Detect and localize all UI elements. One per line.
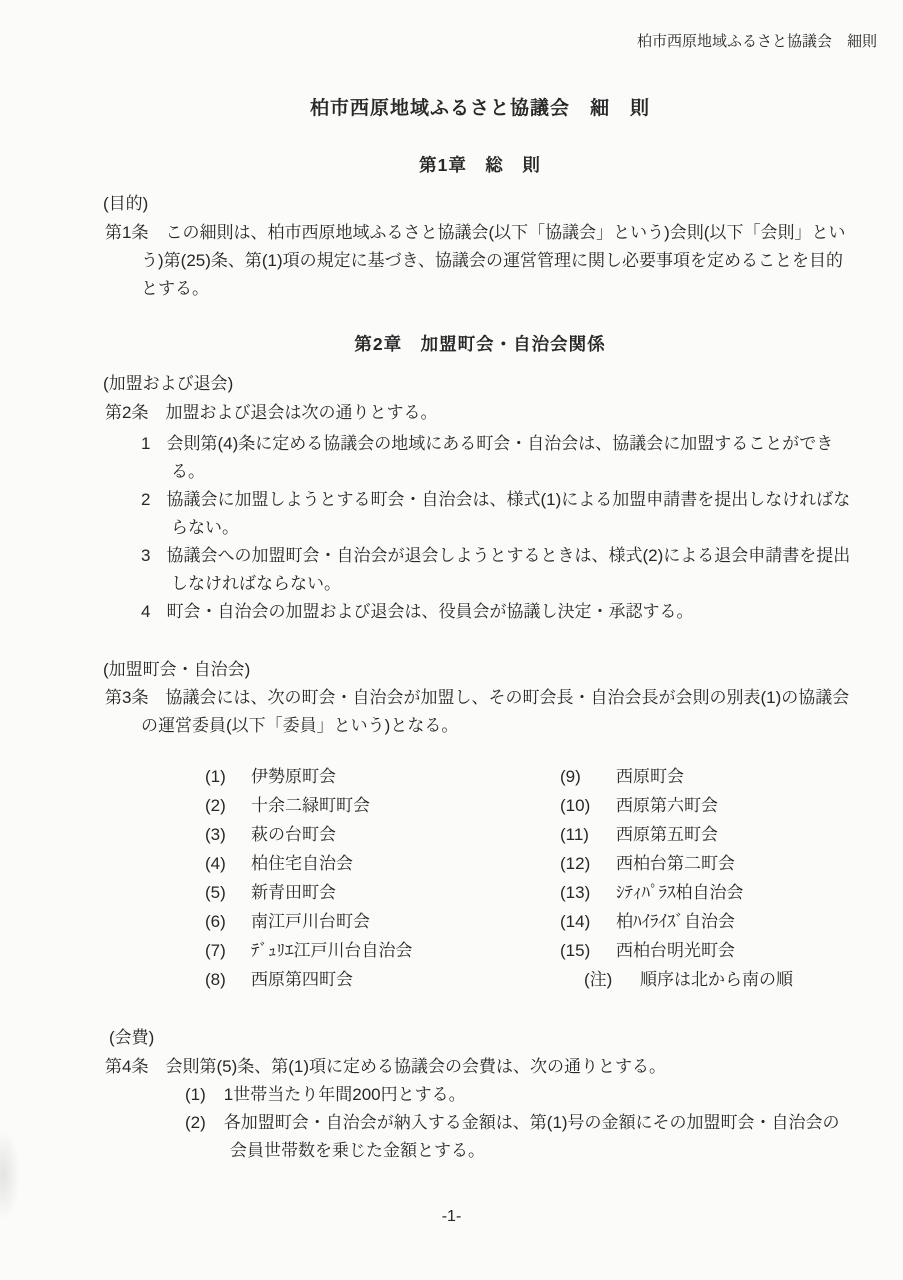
association-name: 伊勢原町会 [251,767,336,786]
association-name: 萩の台町会 [251,825,336,844]
document-title: 柏市西原地域ふるさと協議会 細 則 [105,93,855,124]
chapter2-heading: 第2章 加盟町会・自治会関係 [105,330,855,359]
association-number: (5) [205,878,251,907]
association-name: 西柏台第二町会 [616,854,735,873]
association-number: (10) [560,791,616,820]
association-name: 西原第四町会 [251,970,353,989]
association-name: 新青田町会 [251,883,336,902]
association-note: (注)順序は北から南の順 [584,965,855,994]
article-4: 第4条会則第(5)条、第(1)項に定める協議会の会費は、次の通りとする。 [105,1053,855,1081]
association-row: (12)西柏台第二町会 [560,849,855,878]
association-name: 柏住宅自治会 [251,854,353,873]
association-name: 西原第六町会 [616,796,718,815]
article-2-number: 第2条 [105,403,148,422]
association-row: (6)南江戸川台町会 [205,907,560,936]
item-text: 会則第(4)条に定める協議会の地域にある町会・自治会は、協議会に加盟することがで… [166,434,833,481]
association-number: (13) [560,878,616,907]
article-1-text: この細則は、柏市西原地域ふるさと協議会(以下「協議会」という)会則(以下「会則」… [141,223,845,298]
association-row: (2)十余二緑町町会 [205,791,560,820]
association-number: (8) [205,965,251,994]
item-number: (1) [185,1085,206,1104]
item-text: 協議会への加盟町会・自治会が退会しようとするときは、様式(2)による退会申請書を… [166,546,850,593]
item-text: 1世帯当たり年間200円とする。 [224,1085,466,1104]
association-row: (13)ｼﾃｨﾊﾟﾗｽ柏自治会 [560,878,855,907]
purpose-label: (目的) [103,190,855,218]
association-row: (14)柏ﾊｲﾗｲｽﾞ自治会 [560,907,855,936]
article-3-text: 協議会には、次の町会・自治会が加盟し、その町会長・自治会長が会則の別表(1)の協… [141,688,849,735]
member-list-label: (加盟町会・自治会) [103,656,855,684]
association-row: (10)西原第六町会 [560,791,855,820]
item-number: (2) [185,1113,206,1132]
association-number: (4) [205,849,251,878]
association-number: (6) [205,907,251,936]
association-row: (11)西原第五町会 [560,820,855,849]
item-text: 町会・自治会の加盟および退会は、役員会が協議し決定・承認する。 [166,602,693,621]
association-row: (1)伊勢原町会 [205,762,560,791]
association-number: (1) [205,762,251,791]
article-2-item: 4町会・自治会の加盟および退会は、役員会が協議し決定・承認する。 [105,598,855,626]
association-name: ｼﾃｨﾊﾟﾗｽ柏自治会 [616,883,744,902]
association-number: (11) [560,820,616,849]
association-row: (5)新青田町会 [205,878,560,907]
association-number: (9) [560,762,616,791]
association-number: (12) [560,849,616,878]
association-list: (1)伊勢原町会 (2)十余二緑町町会 (3)萩の台町会 (4)柏住宅自治会 (… [105,762,855,994]
note-label: (注) [584,965,640,994]
association-number: (7) [205,936,251,965]
association-row: (15)西柏台明光町会 [560,936,855,965]
item-text: 各加盟町会・自治会が納入する金額は、第(1)号の金額にその加盟町会・自治会の会員… [224,1113,840,1160]
fee-item: (1)1世帯当たり年間200円とする。 [105,1081,855,1109]
document-page: 柏市西原地域ふるさと協議会 細則 柏市西原地域ふるさと協議会 細 則 第1章 総… [0,0,903,1280]
item-number: 3 [141,546,150,565]
association-number: (3) [205,820,251,849]
article-2-text: 加盟および退会は次の通りとする。 [165,403,437,422]
association-name: 西柏台明光町会 [616,941,735,960]
association-column-right: (9)西原町会 (10)西原第六町会 (11)西原第五町会 (12)西柏台第二町… [560,762,855,994]
association-column-left: (1)伊勢原町会 (2)十余二緑町町会 (3)萩の台町会 (4)柏住宅自治会 (… [205,762,560,994]
association-row: (7)ﾃﾞｭﾘｴ江戸川台自治会 [205,936,560,965]
item-number: 4 [141,602,150,621]
fee-item-list: (1)1世帯当たり年間200円とする。 (2)各加盟町会・自治会が納入する金額は… [105,1081,855,1165]
article-4-text: 会則第(5)条、第(1)項に定める協議会の会費は、次の通りとする。 [165,1057,666,1076]
article-1-number: 第1条 [105,223,148,242]
association-number: (14) [560,907,616,936]
association-name: 十余二緑町町会 [251,796,370,815]
item-text: 協議会に加盟しようとする町会・自治会は、様式(1)による加盟申請書を提出しなけれ… [166,490,850,537]
membership-label: (加盟および退会) [103,370,855,398]
association-row: (4)柏住宅自治会 [205,849,560,878]
article-3-number: 第3条 [105,688,148,707]
fees-label: (会費) [109,1024,855,1052]
item-number: 1 [141,434,150,453]
article-1: 第1条この細則は、柏市西原地域ふるさと協議会(以下「協議会」という)会則(以下「… [105,219,855,303]
note-text: 順序は北から南の順 [640,970,793,989]
association-name: 南江戸川台町会 [251,912,370,931]
article-2: 第2条加盟および退会は次の通りとする。 [105,399,855,427]
chapter1-heading: 第1章 総 則 [105,151,855,180]
association-number: (2) [205,791,251,820]
article-2-item: 2協議会に加盟しようとする町会・自治会は、様式(1)による加盟申請書を提出しなけ… [105,486,855,542]
fee-item: (2)各加盟町会・自治会が納入する金額は、第(1)号の金額にその加盟町会・自治会… [105,1109,855,1165]
article-2-item: 1会則第(4)条に定める協議会の地域にある町会・自治会は、協議会に加盟することが… [105,430,855,486]
association-row: (3)萩の台町会 [205,820,560,849]
association-row: (9)西原町会 [560,762,855,791]
association-name: 西原町会 [616,767,684,786]
association-row: (8)西原第四町会 [205,965,560,994]
association-name: 西原第五町会 [616,825,718,844]
page-number: -1- [0,1204,903,1230]
article-2-item: 3協議会への加盟町会・自治会が退会しようとするときは、様式(2)による退会申請書… [105,542,855,598]
association-name: ﾃﾞｭﾘｴ江戸川台自治会 [251,941,413,960]
association-name: 柏ﾊｲﾗｲｽﾞ自治会 [616,912,735,931]
running-header: 柏市西原地域ふるさと協議会 細則 [105,30,877,55]
article-4-number: 第4条 [105,1057,148,1076]
article-3: 第3条協議会には、次の町会・自治会が加盟し、その町会長・自治会長が会則の別表(1… [105,684,855,740]
article-2-item-list: 1会則第(4)条に定める協議会の地域にある町会・自治会は、協議会に加盟することが… [105,430,855,625]
item-number: 2 [141,490,150,509]
association-number: (15) [560,936,616,965]
